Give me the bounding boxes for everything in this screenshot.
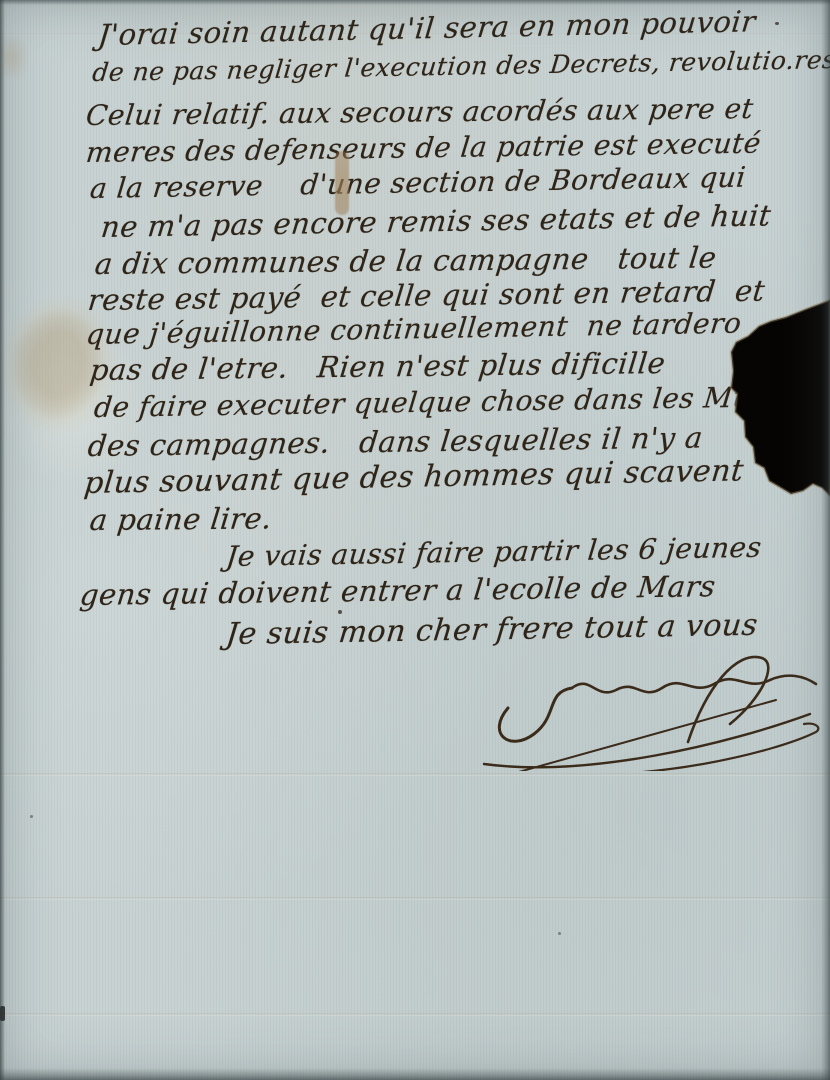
handwritten-line: ne m'a pas encore remis ses etats et de …: [99, 198, 772, 244]
torn-hole: [720, 288, 830, 518]
document-page: J'orai soin autant qu'il sera en mon pou…: [0, 0, 830, 1080]
handwritten-line: Je vais aussi faire partir les 6 jeunes: [225, 531, 764, 573]
drip-stain: [335, 151, 349, 215]
handwritten-line: J'orai soin autant qu'il sera en mon pou…: [97, 4, 758, 52]
handwritten-line: Celui relatif. aux secours acordés aux p…: [84, 92, 755, 132]
letter-body: J'orai soin autant qu'il sera en mon pou…: [0, 0, 830, 1080]
handwritten-line: pas de l'etre. Rien n'est plus dificille: [88, 346, 667, 387]
handwritten-line: gens qui doivent entrer a l'ecolle de Ma…: [78, 569, 717, 612]
handwritten-line: a paine lire.: [88, 501, 274, 537]
ink-speck: [30, 815, 33, 818]
handwritten-line: de faire executer quelque chose dans les…: [92, 381, 753, 424]
ink-speck: [558, 932, 561, 935]
signature-flourish: [478, 646, 823, 771]
handwritten-line: de ne pas negliger l'execution des Decre…: [91, 45, 830, 87]
edge-mark: [0, 1006, 5, 1021]
ink-speck: [775, 22, 779, 25]
ink-speck: [338, 610, 342, 614]
